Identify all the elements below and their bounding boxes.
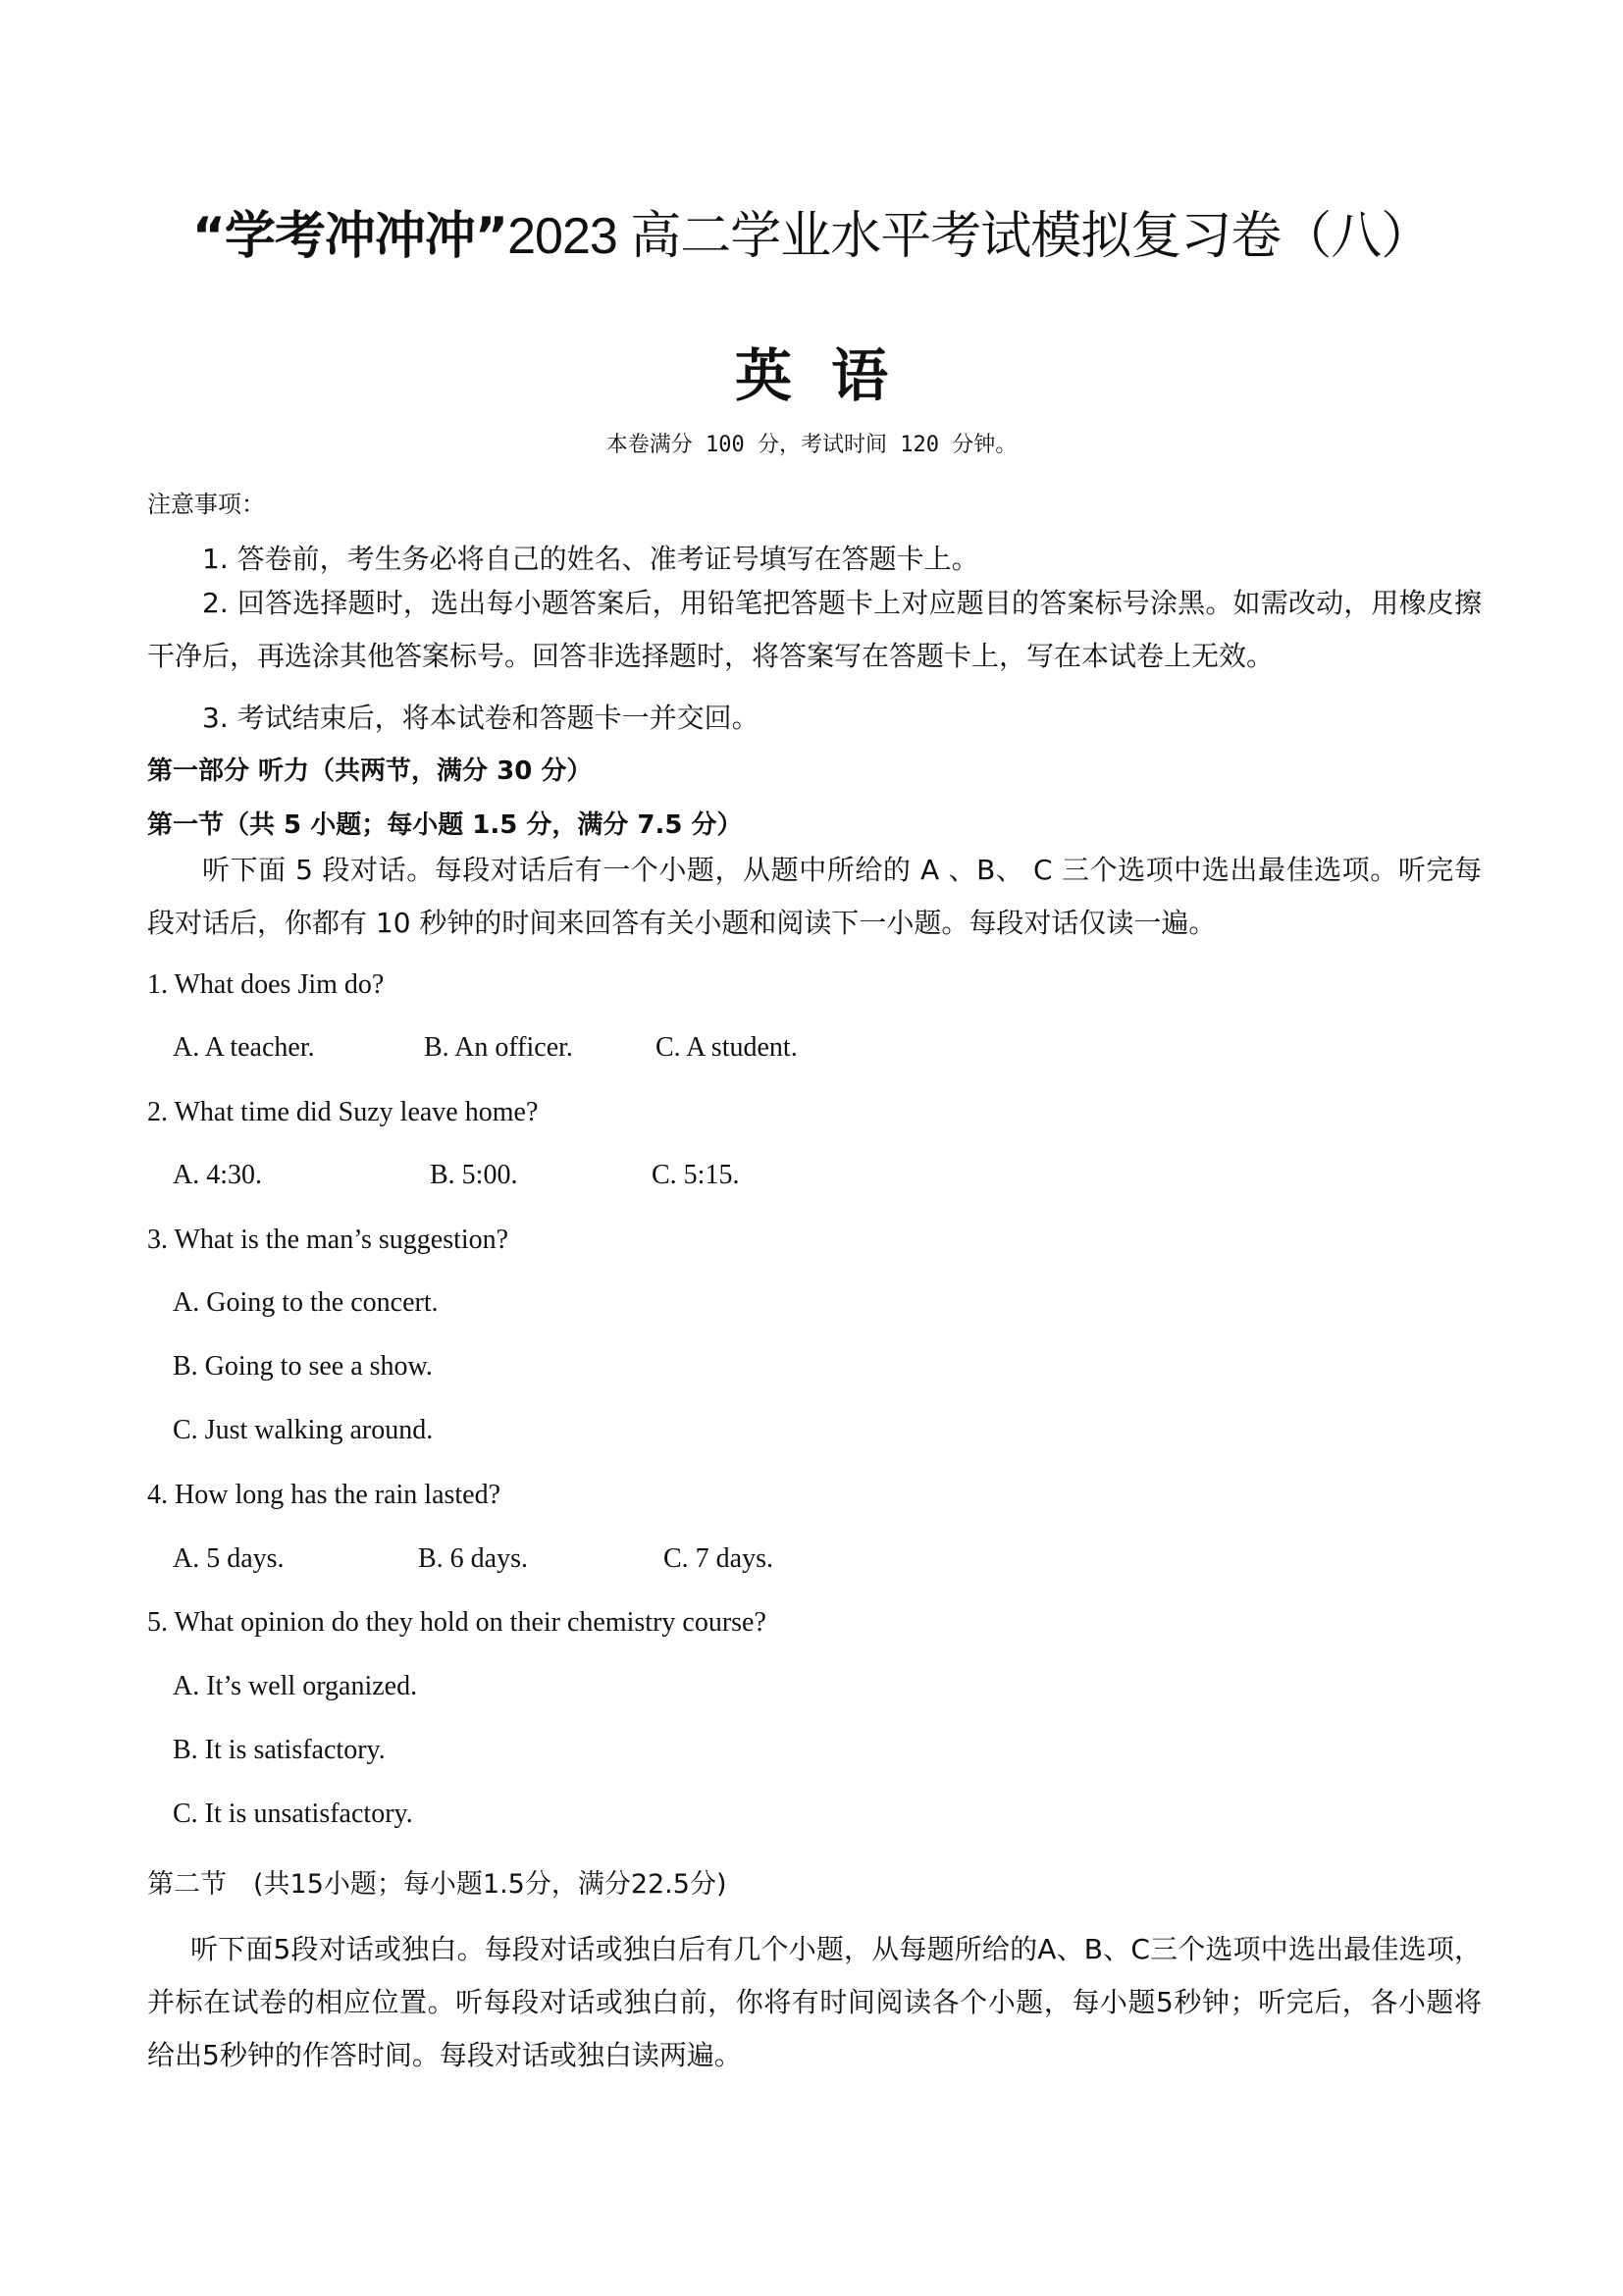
section2-instructions: 听下面5段对话或独白。每段对话或独白后有几个小题，从每题所给的A、B、C三个选项… [147, 1923, 1482, 2082]
section1-instructions: 听下面 5 段对话。每段对话后有一个小题，从题中所给的 A 、B、 C 三个选项… [147, 844, 1482, 950]
exam-title: “学考冲冲冲”2023 高二学业水平考试模拟复习卷（八） [0, 194, 1623, 268]
notice-item-1: 1. 答卷前，考生务必将自己的姓名、准考证号填写在答题卡上。 [202, 538, 979, 577]
question-4-option-b[interactable]: B. 6 days. [418, 1543, 528, 1575]
question-1-stem: 1. What does Jim do? [147, 969, 384, 1001]
question-3-option-b[interactable]: B. Going to see a show. [173, 1351, 433, 1383]
question-1-option-a[interactable]: A. A teacher. [173, 1032, 315, 1064]
question-5-stem: 5. What opinion do they hold on their ch… [147, 1607, 766, 1639]
question-3-option-c[interactable]: C. Just walking around. [173, 1415, 433, 1446]
subject-title: 英语 [0, 330, 1623, 412]
question-4-option-a[interactable]: A. 5 days. [173, 1543, 285, 1575]
exam-page: “学考冲冲冲”2023 高二学业水平考试模拟复习卷（八） 英语 本卷满分 100… [0, 0, 1623, 2296]
notice-item-2: 2. 回答选择题时，选出每小题答案后，用铅笔把答题卡上对应题目的答案标号涂黑。如… [147, 577, 1482, 683]
question-5-option-b[interactable]: B. It is satisfactory. [173, 1735, 386, 1766]
title-main: 2023 高二学业水平考试模拟复习卷（八） [507, 208, 1431, 265]
section1-heading: 第一节（共 5 小题；每小题 1.5 分，满分 7.5 分） [147, 805, 743, 841]
section2-heading: 第二节 (共15小题；每小题1.5分，满分22.5分) [147, 1862, 726, 1901]
question-5-option-c[interactable]: C. It is unsatisfactory. [173, 1799, 413, 1830]
question-1-option-b[interactable]: B. An officer. [424, 1032, 573, 1064]
part1-heading: 第一部分 听力（共两节，满分 30 分） [147, 751, 592, 787]
question-3-option-a[interactable]: A. Going to the concert. [173, 1287, 439, 1319]
question-2-option-b[interactable]: B. 5:00. [430, 1160, 517, 1191]
notice-item-3: 3. 考试结束后，将本试卷和答题卡一并交回。 [202, 697, 759, 736]
question-2-option-a[interactable]: A. 4:30. [173, 1160, 262, 1191]
notice-heading: 注意事项： [147, 485, 265, 519]
question-3-stem: 3. What is the man’s suggestion? [147, 1225, 508, 1256]
title-brand: “学考冲冲冲” [192, 207, 507, 266]
question-2-option-c[interactable]: C. 5:15. [652, 1160, 739, 1191]
exam-meta: 本卷满分 100 分，考试时间 120 分钟。 [0, 428, 1623, 458]
question-2-stem: 2. What time did Suzy leave home? [147, 1097, 538, 1128]
question-4-stem: 4. How long has the rain lasted? [147, 1480, 500, 1511]
question-4-option-c[interactable]: C. 7 days. [663, 1543, 773, 1575]
question-1-option-c[interactable]: C. A student. [655, 1032, 798, 1064]
question-5-option-a[interactable]: A. It’s well organized. [173, 1671, 417, 1702]
